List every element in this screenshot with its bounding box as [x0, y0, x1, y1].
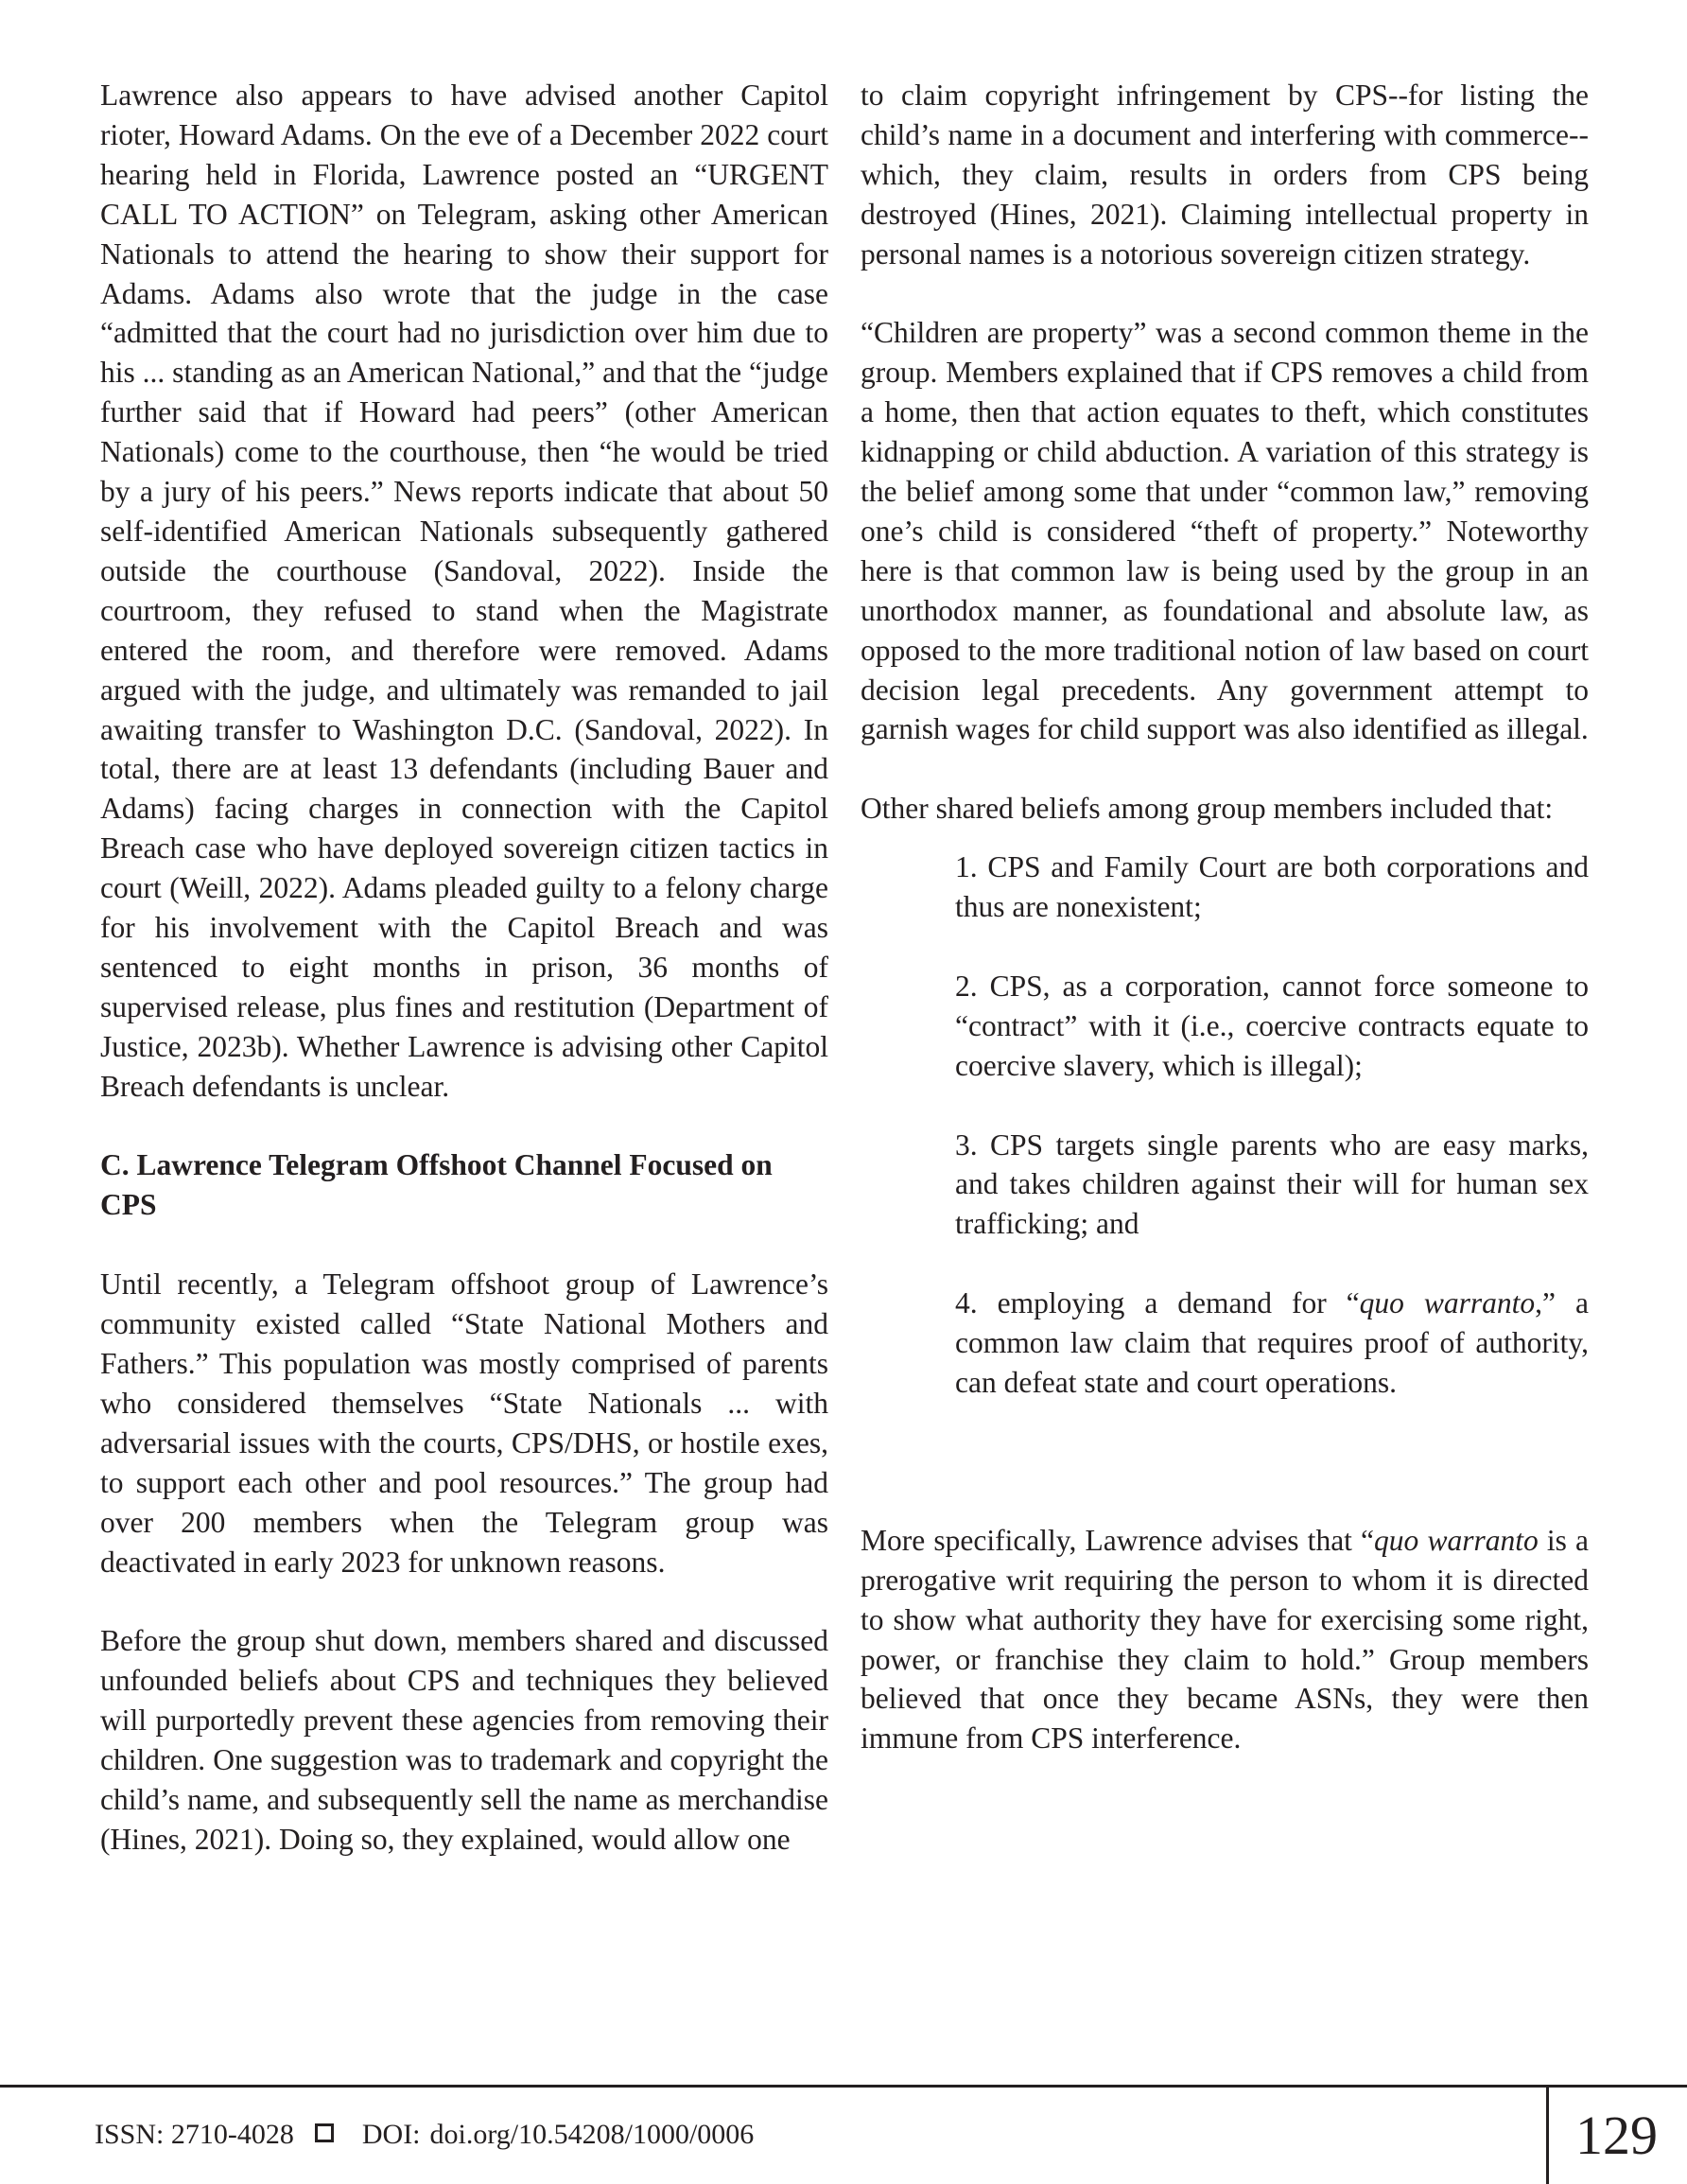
closing-prefix: More specifically, Lawrence advises that…: [861, 1524, 1374, 1557]
belief-item: 2. CPS, as a corporation, cannot force s…: [955, 967, 1589, 1086]
belief-4-italic-term: quo warranto: [1360, 1286, 1536, 1319]
belief-item: 1. CPS and Family Court are both corpora…: [955, 847, 1589, 927]
page-number: 129: [1575, 2105, 1658, 2166]
belief-item: 4. employing a demand for “quo warranto,…: [955, 1284, 1589, 1403]
paragraph-adams: Lawrence also appears to have advised an…: [100, 76, 828, 1107]
left-column: Lawrence also appears to have advised an…: [100, 76, 828, 1860]
paragraph-shared-beliefs-intro: Other shared beliefs among group members…: [861, 789, 1589, 829]
paragraph-offshoot-group: Until recently, a Telegram offshoot grou…: [100, 1265, 828, 1581]
journal-page: Lawrence also appears to have advised an…: [0, 0, 1687, 2184]
square-box-icon: [315, 2123, 334, 2142]
beliefs-list-container: 1. CPS and Family Court are both corpora…: [861, 847, 1589, 1403]
doi-label: DOI:: [362, 2116, 421, 2154]
footer-divider: [1546, 2087, 1549, 2184]
paragraph-copyright-claim: to claim copyright infringement by CPS--…: [861, 76, 1589, 274]
closing-italic-term: quo warranto: [1374, 1524, 1539, 1557]
footer-metadata: ISSN: 2710-4028 DOI: doi.org/10.54208/10…: [95, 2116, 754, 2154]
section-heading: C. Lawrence Telegram Offshoot Channel Fo…: [100, 1145, 828, 1225]
issn-text: ISSN: 2710-4028: [95, 2116, 294, 2154]
beliefs-list: 1. CPS and Family Court are both corpora…: [861, 847, 1589, 1403]
doi-link[interactable]: doi.org/10.54208/1000/0006: [430, 2116, 755, 2154]
right-column: to claim copyright infringement by CPS--…: [861, 76, 1589, 1758]
belief-item: 3. CPS targets single parents who are ea…: [955, 1126, 1589, 1245]
closing-suffix: is a prerogative writ requiring the pers…: [861, 1524, 1589, 1756]
belief-4-prefix: 4. employing a demand for “: [955, 1286, 1360, 1319]
paragraph-group-beliefs: Before the group shut down, members shar…: [100, 1621, 828, 1859]
footer-rule: [0, 2085, 1687, 2088]
paragraph-quo-warranto: More specifically, Lawrence advises that…: [861, 1521, 1589, 1758]
paragraph-children-property: “Children are property” was a second com…: [861, 313, 1589, 749]
